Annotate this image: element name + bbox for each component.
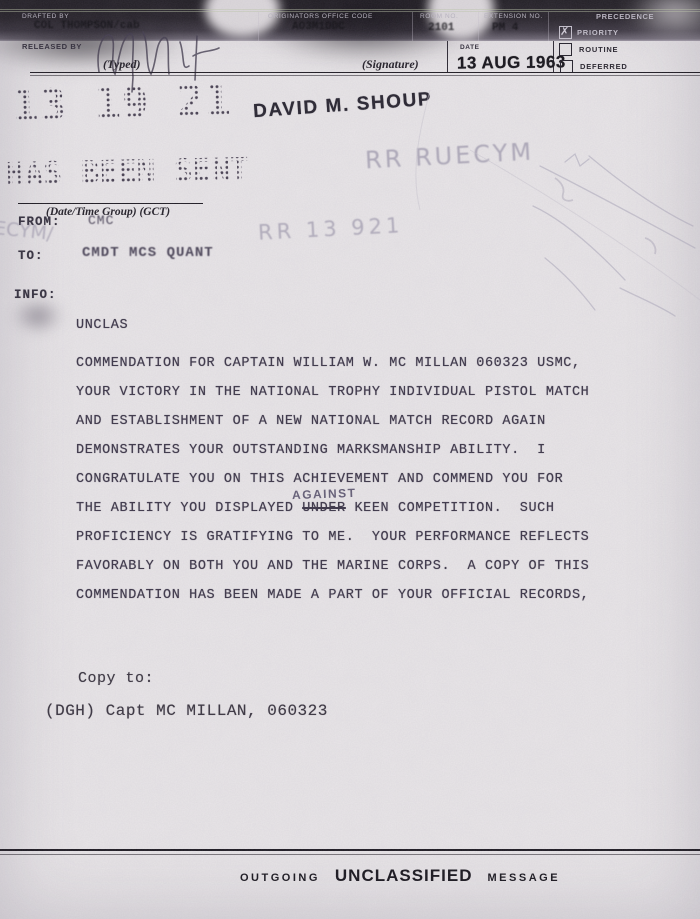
signature-caption: (Signature) [362,57,419,72]
corrected-post: KEEN COMPETITION. SUCH [346,501,555,516]
copy-to-recipient: (DGH) Capt MC MILLAN, 060323 [45,702,328,720]
routine-checkbox-label: ROUTINE [579,45,618,54]
pencil-routing-indicator: RR RUECYM [364,138,534,175]
column-divider [478,12,479,41]
stamp-smudge [12,298,64,334]
priority-checkbox: ✗ [559,26,572,39]
office-code-label: ORIGINATORS OFFICE CODE [268,13,373,20]
footer-rule-2 [0,854,700,855]
footer-rule [0,849,700,851]
has-been-sent-text: HAS BEEN SENT [6,152,249,193]
outgoing-label: OUTGOING [240,872,320,884]
extension-no-label: EXTENSION NO. [484,13,543,20]
body-line: COMMENDATION FOR CAPTAIN WILLIAM W. MC M… [76,356,581,371]
date-label: DATE [460,44,480,51]
footer-classification-stamp: OUTGOING UNCLASSIFIED MESSAGE [240,866,560,886]
room-no-value: 2101 [428,22,454,34]
paper-creases [0,0,700,919]
typed-caption: (Typed) [103,57,141,72]
drafted-by-label: DRAFTED BY [22,13,69,20]
check-x-mark: ✗ [560,25,569,38]
body-line: DEMONSTRATES YOUR OUTSTANDING MARKSMANSH… [76,443,546,458]
priority-checkbox-label: PRIORITY [577,28,619,37]
extension-no-value: PM 4 [492,22,518,34]
column-divider [548,12,549,41]
paper-noise-coarse [0,0,700,919]
column-divider [258,12,259,41]
message-label: MESSAGE [488,872,561,884]
releasing-officer-name: DAVID M. SHOUP [252,89,432,123]
dtg-rule [18,203,203,204]
body-line: CONGRATULATE YOU ON THIS ACHIEVEMENT AND… [76,472,563,487]
column-divider [447,41,448,73]
to-label: TO: [18,249,44,263]
dtg-stamp-text: 13 19 21 [11,75,232,132]
body-line: AND ESTABLISHMENT OF A NEW NATIONAL MATC… [76,414,546,429]
has-been-sent-perforation-stamp: HAS BEEN SENT [6,143,257,196]
body-line: COMMENDATION HAS BEEN MADE A PART OF YOU… [76,588,589,603]
date-stamp: 13 AUG 1963 [457,52,566,73]
telegram-document-page: DRAFTED BY COL THOMPSON/cab ORIGINATORS … [0,0,700,919]
body-line: FAVORABLY ON BOTH YOU AND THE MARINE COR… [76,559,589,574]
form-rule [0,9,700,10]
pencil-dtg-annotation: RR 13 921 [257,213,403,245]
dtg-perforation-stamp: 13 19 21 [11,73,242,133]
corrected-pre: THE ABILITY YOU DISPLAYED [76,501,302,516]
office-code-value: AO3M1DDC [292,21,345,33]
body-line: YOUR VICTORY IN THE NATIONAL TROPHY INDI… [76,385,589,400]
released-by-label: RELEASED BY [22,42,82,51]
copy-to-label: Copy to: [78,670,154,687]
paper-noise-fine [0,0,700,919]
precedence-label: PRECEDENCE [596,12,654,21]
room-no-label: ROOM NO. [420,13,458,20]
header-bottom-rule [30,72,700,73]
form-rule [0,11,700,12]
classification-line: UNCLAS [76,318,128,333]
column-divider [412,12,413,41]
handwritten-correction: AGAINST [292,486,357,502]
struck-word: UNDER [302,501,346,516]
body-line-corrected: THE ABILITY YOU DISPLAYED UNDER KEEN COM… [76,501,555,516]
to-value: CMDT MCS QUANT [82,245,214,261]
deferred-checkbox-label: DEFERRED [580,62,628,71]
routine-checkbox [559,43,572,56]
from-value: CMC [88,213,114,228]
pencil-scribbles [525,148,700,318]
body-line: PROFICIENCY IS GRATIFYING TO ME. YOUR PE… [76,530,589,545]
classification-stamp: UNCLASSIFIED [335,866,473,886]
